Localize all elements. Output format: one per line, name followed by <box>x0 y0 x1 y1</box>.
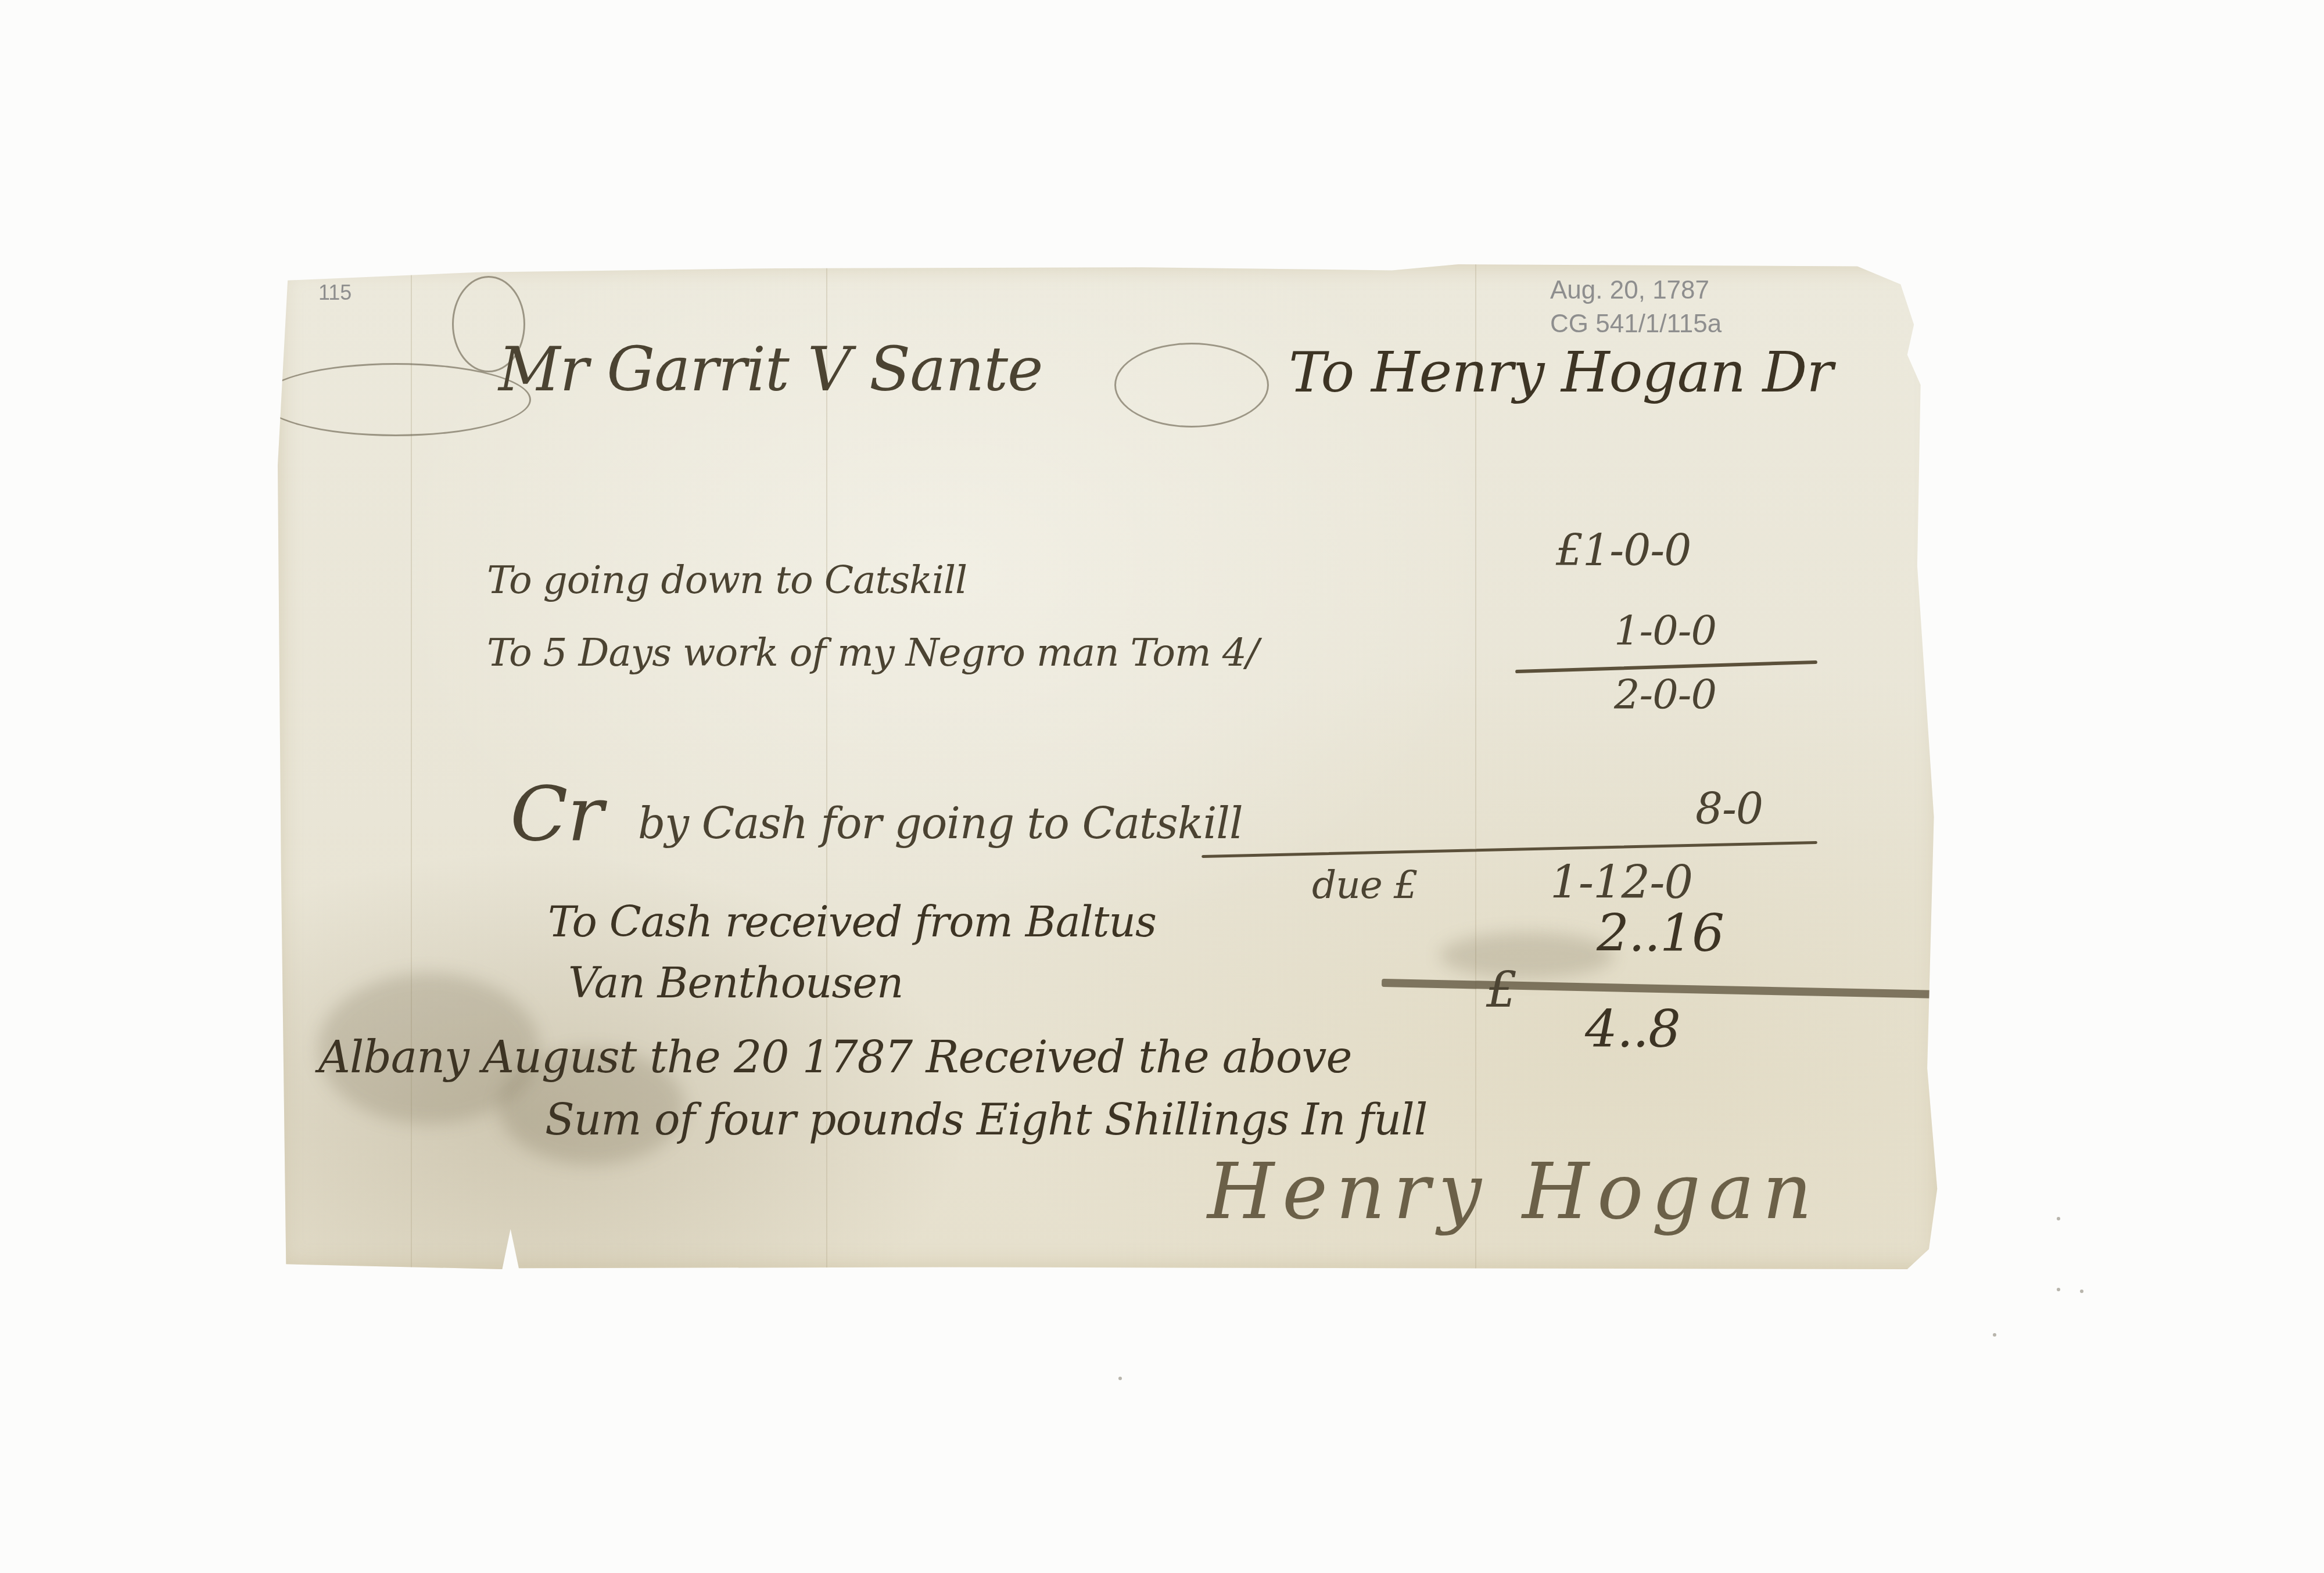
credit-amount: 8-0 <box>1695 784 1763 834</box>
grand-total-amount: 4..8 <box>1585 999 1680 1059</box>
balance-label: due £ <box>1312 863 1418 907</box>
header-flourish <box>260 363 531 436</box>
receipt-line: Sum of four pounds Eight Shillings In fu… <box>545 1095 1427 1145</box>
debit-line-description: To 5 Days work of my Negro man Tom 4/ <box>487 630 1258 675</box>
credit-label: Cr <box>510 770 603 858</box>
debit-line-amount: 1-0-0 <box>1614 607 1716 655</box>
grand-total-currency: £ <box>1486 961 1516 1018</box>
debtor-name: Mr Garrit V Sante <box>498 334 1043 405</box>
ink-smudge <box>1440 932 1614 979</box>
cash-received-amount: 2..16 <box>1597 903 1724 963</box>
paper-fold-line <box>1475 264 1476 1269</box>
cash-received-description-continued: Van Benthousen <box>568 958 903 1007</box>
debit-total: 2-0-0 <box>1614 671 1716 719</box>
folio-number-annotation: 115 <box>318 281 352 304</box>
grand-total-rule <box>1382 979 1939 999</box>
scan-speck <box>2057 1288 2060 1291</box>
credit-description: by Cash for going to Catskill <box>638 799 1243 849</box>
scan-speck <box>1118 1377 1122 1380</box>
header-flourish <box>1114 343 1269 428</box>
date-annotation: Aug. 20, 1787 <box>1550 276 1709 306</box>
debit-line-description: To going down to Catskill <box>487 558 967 602</box>
cash-received-description: To Cash received from Baltus <box>548 897 1156 946</box>
scan-speck <box>2080 1290 2083 1293</box>
creditor-name: To Henry Hogan Dr <box>1289 340 1832 405</box>
catalog-number-annotation: CG 541/1/115a <box>1550 310 1722 339</box>
signature: Henry Hogan <box>1207 1147 1820 1237</box>
debit-line-amount: £1-0-0 <box>1556 526 1691 576</box>
balance-rule <box>1202 841 1817 858</box>
receipt-line: Albany August the 20 1787 Received the a… <box>318 1031 1351 1083</box>
scan-speck <box>1993 1333 1996 1337</box>
balance-amount: 1-12-0 <box>1550 857 1692 909</box>
document-sheet: 115 Aug. 20, 1787 CG 541/1/115a Mr Garri… <box>278 264 1941 1269</box>
scan-speck <box>2057 1217 2060 1220</box>
